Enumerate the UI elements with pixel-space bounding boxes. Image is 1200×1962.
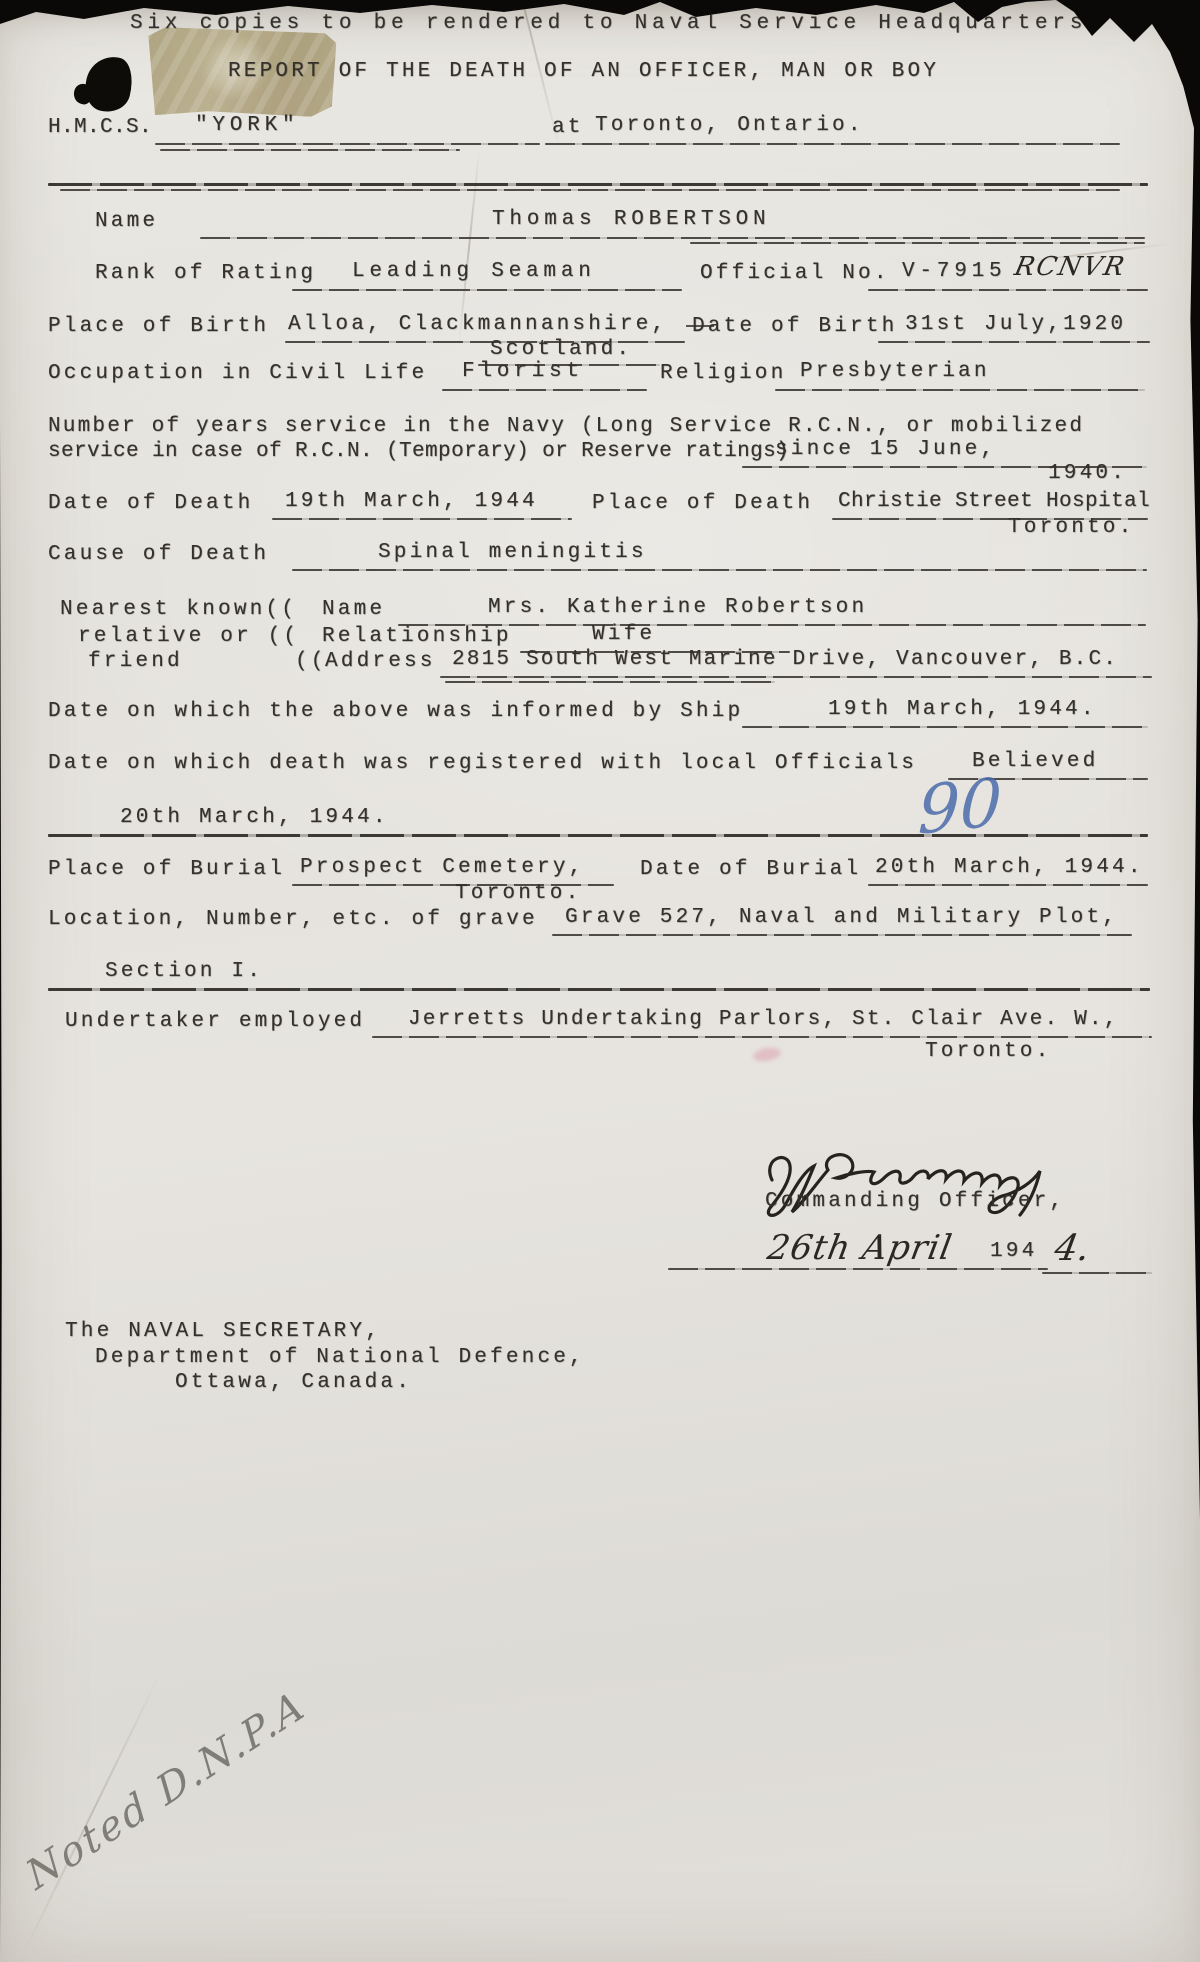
- ink-blot: [80, 51, 138, 116]
- occupation-value: Florist: [462, 360, 584, 383]
- official-no-handwritten-rcnvr: RCNVR: [1012, 252, 1129, 282]
- paper-sheet: Six copies to be rendered to Naval Servi…: [0, 0, 1200, 1962]
- nok-group-line3: friend: [88, 650, 183, 673]
- header-rule-2: [60, 189, 1120, 191]
- signature-date-typed: 194: [990, 1240, 1037, 1263]
- at-label: at: [552, 116, 584, 139]
- rank-label: Rank of Rating: [95, 262, 316, 285]
- addressee-line2: Department of National Defence,: [95, 1346, 585, 1369]
- informed-underline: [742, 726, 1148, 728]
- death-date-label: Date of Death: [48, 492, 253, 515]
- informed-label: Date on which the above was informed by …: [48, 700, 743, 723]
- name-value: Thomas ROBERTSON: [492, 208, 770, 231]
- copies-instruction: Six copies to be rendered to Naval Servi…: [130, 12, 1087, 35]
- nok-group-line1: Nearest known((: [60, 598, 297, 621]
- birth-place-label: Place of Birth: [48, 315, 269, 338]
- religion-value: Presbyterian: [800, 360, 990, 383]
- addressee-line1: The NAVAL SECRETARY,: [65, 1320, 381, 1343]
- birth-place-value: Alloa, Clackmannanshire,: [288, 313, 667, 336]
- occupation-underline: [442, 389, 647, 391]
- signature-title: Commanding Officer,: [765, 1190, 1065, 1213]
- grave-rule: [48, 988, 1150, 991]
- burial-place-label: Place of Burial: [48, 858, 285, 881]
- grave-label: Location, Number, etc. of grave: [48, 908, 538, 931]
- birth-date-label: Date of Birth: [692, 315, 897, 338]
- nok-rel-label: Relationship: [322, 625, 512, 648]
- service-value: since 15 June,: [775, 438, 996, 461]
- rank-underline: [292, 289, 682, 291]
- nok-group-line2: relative or ((: [78, 625, 299, 648]
- scanned-document: Six copies to be rendered to Naval Servi…: [0, 0, 1200, 1962]
- grave-underline: [552, 934, 1132, 936]
- nok-addr-label: Address: [325, 650, 436, 673]
- header-rule: [48, 183, 1148, 186]
- cause-value: Spinal meningitis: [378, 541, 647, 564]
- religion-underline: [775, 389, 1145, 391]
- death-place-value: Christie Street Hospital: [838, 490, 1150, 513]
- registered-label: Date on which death was registered with …: [48, 752, 917, 775]
- location-underline: [545, 143, 1120, 145]
- birth-date-value: 31st July,1920: [905, 313, 1126, 336]
- death-place-label: Place of Death: [592, 492, 813, 515]
- burial-date-underline: [868, 884, 1148, 886]
- burial-date-label: Date of Burial: [640, 858, 861, 881]
- undertaker-underline: [372, 1036, 1152, 1038]
- burial-place-value: Prospect Cemetery,: [300, 856, 584, 879]
- signature-date-handwritten-suffix: 4.: [1051, 1228, 1093, 1269]
- birth-place-value-line2: Scotland.: [490, 338, 632, 361]
- occupation-label: Occupation in Civil Life: [48, 362, 427, 385]
- commanding-officer-signature: [758, 1142, 1108, 1227]
- signature-date-handwritten: 26th April: [764, 1228, 955, 1268]
- ship-location-value: Toronto, Ontario.: [595, 114, 864, 137]
- addressee-line3: Ottawa, Canada.: [175, 1371, 412, 1394]
- cause-underline: [292, 569, 1147, 571]
- strike-mark: [686, 325, 714, 327]
- service-value-line2: 1940.: [1048, 462, 1127, 485]
- ship-label: H.M.C.S.: [48, 116, 152, 139]
- nok-group-line3-paren: ((: [295, 650, 327, 673]
- ship-underline: [155, 143, 540, 145]
- ship-value: "YORK": [195, 114, 299, 137]
- official-no-label: Official No.: [700, 262, 890, 285]
- registered-value-line2: 20th March, 1944.: [120, 806, 389, 829]
- service-label-line1: Number of years service in the Navy (Lon…: [48, 415, 1084, 438]
- undertaker-value: Jerretts Undertaking Parlors, St. Clair …: [408, 1008, 1119, 1031]
- noted-pencil-annotation: Noted D.N.P.A: [20, 1681, 314, 1899]
- name-underline-2: [690, 242, 1145, 244]
- undertaker-label: Undertaker employed: [65, 1010, 365, 1033]
- nok-name-value: Mrs. Katherine Robertson: [488, 596, 867, 619]
- official-no-value: V-7915: [902, 260, 1006, 283]
- burial-place-value-line2: Toronto.: [455, 882, 581, 905]
- nok-addr-value: 2815 South West Marine Drive, Vancouver,…: [452, 648, 1118, 671]
- signature-date-underline-2: [1042, 1272, 1152, 1274]
- death-date-value: 19th March, 1944: [285, 490, 538, 513]
- death-place-value-line2: Toronto.: [1008, 516, 1134, 539]
- informed-value: 19th March, 1944.: [828, 698, 1097, 721]
- burial-date-value: 20th March, 1944.: [875, 856, 1144, 879]
- registered-rule: [48, 834, 1148, 837]
- service-label-line2: service in case of R.C.N. (Temporary) or…: [48, 440, 789, 463]
- nok-addr-underline: [440, 676, 1152, 678]
- form-title: REPORT OF THE DEATH OF AN OFFICER, MAN O…: [228, 60, 939, 83]
- nok-name-label: Name: [322, 598, 385, 621]
- grave-value-line2: Section I.: [105, 960, 263, 983]
- name-underline: [200, 237, 1145, 239]
- nok-rel-value: Wife: [592, 623, 655, 646]
- signature-date-underline: [668, 1268, 1048, 1270]
- pink-smudge: [752, 1046, 782, 1064]
- death-date-underline: [272, 518, 572, 520]
- grave-value: Grave 527, Naval and Military Plot,: [565, 906, 1118, 929]
- rank-value: Leading Seaman: [352, 260, 596, 283]
- undertaker-value-line2: Toronto.: [925, 1040, 1051, 1063]
- official-no-underline: [868, 289, 1148, 291]
- birth-date-underline: [878, 341, 1150, 343]
- ship-underline-2: [160, 149, 460, 151]
- cause-label: Cause of Death: [48, 543, 269, 566]
- name-label: Name: [95, 210, 158, 233]
- religion-label: Religion: [660, 362, 786, 385]
- nok-addr-underline-2: [445, 681, 775, 683]
